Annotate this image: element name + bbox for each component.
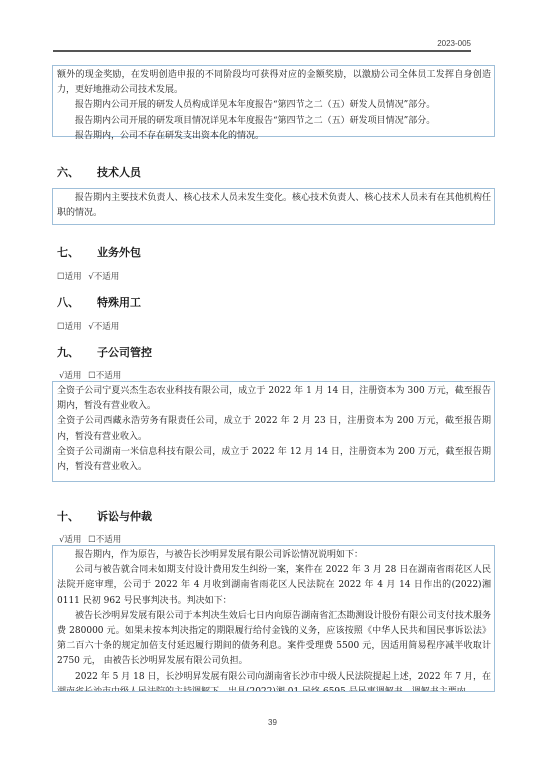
paragraph: 全资子公司宁夏兴杰生态农业科技有限公司，成立于 2022 年 1 月 14 日，… bbox=[57, 384, 491, 414]
option-applicable: √适用 bbox=[59, 371, 81, 381]
rd-text-box: 额外的现金奖励，在发明创造申报的不同阶段均可获得对应的金额奖励，以激励公司全体员… bbox=[52, 65, 495, 137]
paragraph: 额外的现金奖励，在发明创造申报的不同阶段均可获得对应的金额奖励，以激励公司全体员… bbox=[57, 68, 491, 98]
section-heading-outsourcing: 七、业务外包 bbox=[57, 244, 141, 260]
paragraph: 报告期内，作为原告，与被告长沙明昇发展有限公司诉讼情况说明如下： bbox=[57, 548, 491, 563]
page-number: 39 bbox=[0, 718, 545, 727]
option-not-applicable: √不适用 bbox=[88, 322, 119, 332]
option-not-applicable: ☐不适用 bbox=[88, 371, 121, 381]
tech-staff-box: 报告期内主要技术负责人、核心技术人员未发生变化。核心技术负责人、核心技术人员未有… bbox=[52, 188, 495, 225]
applicability-options: √适用 ☐不适用 bbox=[59, 533, 125, 545]
paragraph: 报告期内公司开展的研发人员构成详见本年度报告“第四节之二（五）研发人员情况”部分… bbox=[57, 98, 491, 113]
paragraph: 2022 年 5 月 18 日，长沙明昇发展有限公司向湖南省长沙市中级人民法院提… bbox=[57, 670, 491, 692]
section-title: 技术人员 bbox=[97, 166, 141, 179]
paragraph: 报告期内公司开展的研发项目情况详见本年度报告“第四节之二（五）研发项目情况”部分… bbox=[57, 114, 491, 129]
applicability-options: ☐适用 √不适用 bbox=[57, 270, 123, 282]
subsidiary-box: 全资子公司宁夏兴杰生态农业科技有限公司，成立于 2022 年 1 月 14 日，… bbox=[52, 381, 495, 482]
option-not-applicable: √不适用 bbox=[88, 272, 119, 282]
paragraph: 被告长沙明昇发展有限公司于本判决生效后七日内向原告湖南省汇杰勘测设计股份有限公司… bbox=[57, 609, 491, 670]
section-title: 子公司管控 bbox=[97, 346, 152, 359]
litigation-box: 报告期内，作为原告，与被告长沙明昇发展有限公司诉讼情况说明如下： 公司与被告就合… bbox=[52, 545, 495, 692]
document-code: 2023-005 bbox=[437, 39, 471, 48]
section-heading-special-labor: 八、特殊用工 bbox=[57, 294, 141, 310]
header-rule bbox=[53, 50, 471, 52]
option-applicable: ☐适用 bbox=[57, 322, 82, 332]
section-number: 七、 bbox=[57, 244, 97, 260]
paragraph: 全资子公司西藏永浩劳务有限责任公司，成立于 2022 年 2 月 23 日，注册… bbox=[57, 414, 491, 444]
section-number: 八、 bbox=[57, 294, 97, 310]
section-number: 十、 bbox=[57, 508, 97, 524]
applicability-options: ☐适用 √不适用 bbox=[57, 320, 123, 332]
paragraph: 报告期内，公司不存在研发支出资本化的情况。 bbox=[57, 129, 491, 144]
section-title: 特殊用工 bbox=[97, 296, 141, 309]
section-heading-tech-staff: 六、技术人员 bbox=[57, 164, 141, 180]
paragraph: 报告期内主要技术负责人、核心技术人员未发生变化。核心技术负责人、核心技术人员未有… bbox=[57, 191, 491, 221]
section-number: 九、 bbox=[57, 344, 97, 360]
section-heading-litigation: 十、诉讼与仲裁 bbox=[57, 508, 152, 524]
applicability-options: √适用 ☐不适用 bbox=[59, 369, 125, 381]
option-not-applicable: ☐不适用 bbox=[88, 535, 121, 545]
paragraph: 公司与被告就合同未如期支付设计费用发生纠纷一案，案件在 2022 年 3 月 2… bbox=[57, 563, 491, 609]
option-applicable: √适用 bbox=[59, 535, 81, 545]
section-title: 业务外包 bbox=[97, 246, 141, 259]
section-title: 诉讼与仲裁 bbox=[97, 510, 152, 523]
section-number: 六、 bbox=[57, 164, 97, 180]
section-heading-subsidiary-control: 九、子公司管控 bbox=[57, 344, 152, 360]
option-applicable: ☐适用 bbox=[57, 272, 82, 282]
paragraph: 全资子公司湖南一米信息科技有限公司，成立于 2022 年 12 月 14 日，注… bbox=[57, 445, 491, 475]
